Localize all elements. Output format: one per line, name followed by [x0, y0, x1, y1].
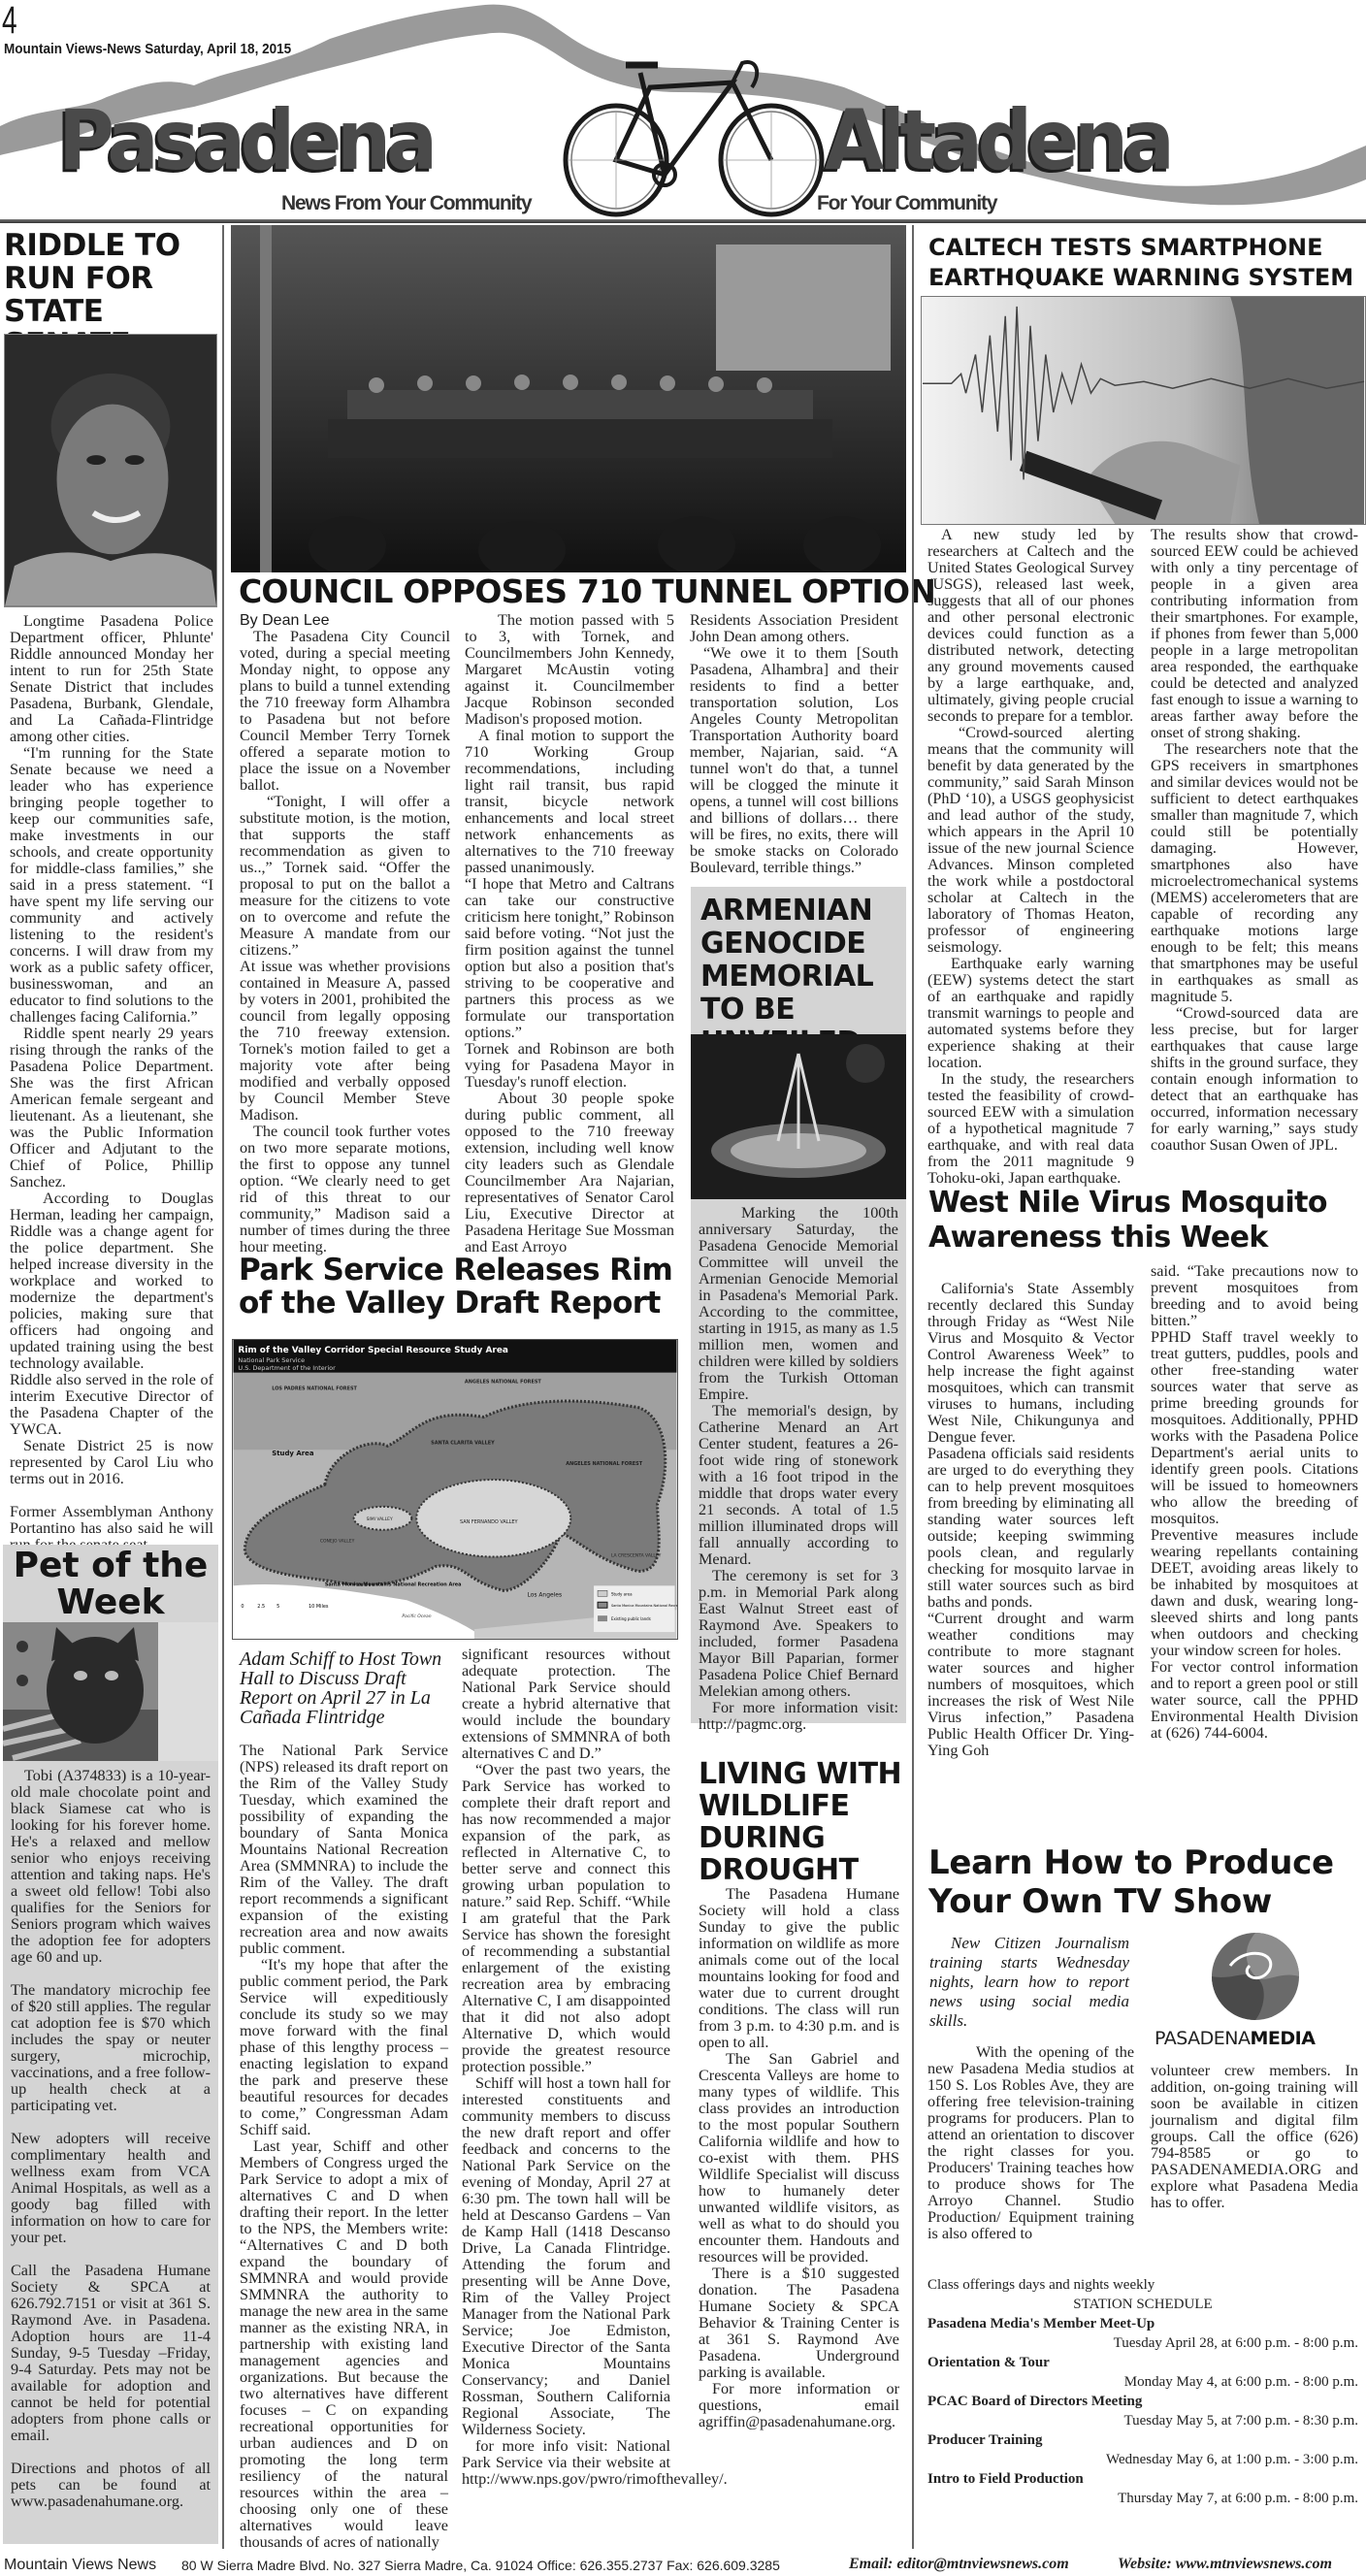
article-deck: New Citizen Journalism training starts W…: [929, 1934, 1129, 2031]
paragraph: PPHD Staff travel weekly to treat gutter…: [1151, 1329, 1358, 1527]
schedule-item-time: Thursday May 7, at 6:00 p.m. - 8:00 p.m.: [927, 2489, 1358, 2508]
paragraph: Riddle spent nearly 29 years rising thro…: [10, 1026, 213, 1190]
map-scale: 0: [241, 1604, 244, 1610]
map-scale: 2.5: [257, 1604, 265, 1610]
column-divider: [912, 225, 914, 2549]
paragraph: For more information or questions, email…: [699, 2381, 899, 2430]
station-schedule: Class offerings days and nights weekly S…: [927, 2275, 1358, 2508]
paragraph: Earthquake early warning (EEW) systems d…: [927, 956, 1134, 1071]
smartphone-seismograph-photo: [921, 296, 1366, 525]
schedule-item: PCAC Board of Directors Meeting Tuesday …: [927, 2392, 1358, 2430]
article-body-col1: The National Park Service (NPS) released…: [240, 1743, 448, 2551]
footer-paper-name: Mountain Views News: [4, 2557, 156, 2574]
map-scale: 10 Miles: [309, 1604, 329, 1610]
paragraph: Call the Pasadena Humane Society & SPCA …: [11, 2263, 211, 2444]
article-headline: LIVING WITH WILDLIFE DURING DROUGHT: [699, 1758, 902, 1886]
paragraph: There is a $10 suggested donation. The P…: [699, 2266, 899, 2381]
article-body-col2: significant resources without adequate p…: [462, 1647, 670, 2488]
paragraph: The results show that crowd-sourced EEW …: [1151, 527, 1358, 741]
page-footer: Mountain Views News 80 W Sierra Madre Bl…: [0, 2556, 1366, 2576]
paragraph: Marking the 100th anniversary Saturday, …: [699, 1205, 898, 1403]
council-meeting-photo: [231, 225, 906, 572]
map-legend-item: Santa Monica Mountains National Recreati…: [611, 1604, 677, 1608]
paragraph: The Pasadena City Council voted, during …: [240, 629, 450, 794]
class-note: Class offerings days and nights weekly: [927, 2275, 1358, 2295]
paragraph: significant resources without adequate p…: [462, 1647, 670, 1762]
masthead-tagline-left: News From Your Community: [281, 192, 531, 215]
map-label: Los Angeles: [528, 1591, 563, 1598]
map-label: Santa Monica Mountains National Recreati…: [325, 1581, 462, 1587]
article-body: The Pasadena Humane Society will hold a …: [699, 1886, 899, 2430]
paragraph: With the opening of the new Pasadena Med…: [927, 2044, 1134, 2242]
article-headline: Learn How to Produce Your Own TV Show: [928, 1843, 1360, 1921]
paragraph: About 30 people spoke during public comm…: [465, 1091, 674, 1255]
article-body-col3: Residents Association President John Dea…: [690, 612, 898, 876]
paragraph: said. “Take precautions now to prevent m…: [1151, 1263, 1358, 1329]
paragraph: Tobi (A374833) is a 10-year-old male cho…: [11, 1768, 211, 1966]
paragraph: “I'm running for the State Senate becaus…: [10, 745, 213, 1026]
pasadena-media-logo-icon: [1211, 1932, 1300, 2021]
logo-text-media: MEDIA: [1251, 2028, 1316, 2049]
paragraph: For vector control information and to re…: [1151, 1659, 1358, 1742]
paragraph: “Over the past two years, the Park Servi…: [462, 1762, 670, 2075]
paragraph: According to Douglas Herman, leading her…: [10, 1190, 213, 1372]
schedule-item-time: Monday May 4, at 6:00 p.m. - 8:00 p.m.: [927, 2372, 1358, 2392]
paragraph: “Current drought and warm weather condit…: [927, 1611, 1134, 1759]
schedule-item-time: Tuesday May 5, at 7:00 p.m. - 8:30 p.m.: [927, 2411, 1358, 2430]
article-headline: COUNCIL OPPOSES 710 TUNNEL OPTION: [239, 574, 935, 609]
paragraph: Last year, Schiff and other Members of C…: [240, 2138, 448, 2551]
paragraph: A new study led by researchers at Caltec…: [927, 527, 1134, 725]
map-label: Study Area: [272, 1450, 314, 1457]
paragraph: At issue was whether provisions containe…: [240, 959, 450, 1124]
paragraph: Preventive measures include wearing repe…: [1151, 1527, 1358, 1659]
map-label: SAN FERNANDO VALLEY: [460, 1519, 519, 1525]
article-subhead: Adam Schiff to Host Town Hall to Discuss…: [240, 1649, 448, 1727]
paragraph: The researchers note that the GPS receiv…: [1151, 741, 1358, 1005]
paragraph: “Tonight, I will offer a substitute moti…: [240, 794, 450, 959]
masthead-divider: [0, 219, 1366, 223]
paragraph: The National Park Service (NPS) released…: [240, 1743, 448, 1957]
map-subtitle: U.S. Department of the Interior: [238, 1364, 336, 1372]
map-title: Rim of the Valley Corridor Special Resou…: [238, 1346, 507, 1355]
pet-headline: Pet of the Week: [3, 1545, 218, 1621]
paragraph: “It's my hope that after the public comm…: [240, 1957, 448, 2138]
schedule-item: Orientation & Tour Monday May 4, at 6:00…: [927, 2353, 1358, 2392]
map-label: SANTA CLARITA VALLEY: [431, 1440, 495, 1446]
schedule-item-title: Intro to Field Production: [927, 2469, 1358, 2489]
page-number: 4: [2, 0, 17, 41]
paragraph: The motion passed with 5 to 3, with Torn…: [465, 612, 674, 728]
article-body: Longtime Pasadena Police Department offi…: [10, 613, 213, 1553]
paragraph: The San Gabriel and Crescenta Valleys ar…: [699, 2051, 899, 2266]
paragraph: Residents Association President John Dea…: [690, 612, 898, 645]
schedule-item: Intro to Field Production Thursday May 7…: [927, 2469, 1358, 2508]
map-subtitle: National Park Service: [238, 1356, 305, 1364]
map-legend-item: Existing public lands: [611, 1616, 651, 1621]
paragraph: For more information visit: http://pagmc…: [699, 1700, 898, 1733]
article-body-col1: With the opening of the new Pasadena Med…: [927, 2044, 1134, 2242]
map-legend-item: Study area: [611, 1591, 633, 1596]
paragraph: The memorial's design, by Catherine Mena…: [699, 1403, 898, 1568]
paragraph: Longtime Pasadena Police Department offi…: [10, 613, 213, 745]
paragraph: The ceremony is set for 3 p.m. in Memori…: [699, 1568, 898, 1700]
masthead-title-left: Pasadena: [58, 97, 433, 184]
paragraph: for more info visit: National Park Servi…: [462, 2438, 670, 2488]
map-scale: 5: [276, 1604, 279, 1610]
schedule-item-time: Tuesday April 28, at 6:00 p.m. - 8:00 p.…: [927, 2333, 1358, 2353]
rim-of-valley-map: Rim of the Valley Corridor Special Resou…: [232, 1339, 678, 1640]
logo-text-pasadena: PASADENA: [1155, 2028, 1251, 2049]
footer-address: 80 W Sierra Madre Blvd. No. 327 Sierra M…: [181, 2558, 780, 2573]
article-body-col1: The Pasadena City Council voted, during …: [240, 629, 450, 1255]
map-label: LOS PADRES NATIONAL FOREST: [272, 1386, 357, 1392]
pet-body: Tobi (A374833) is a 10-year-old male cho…: [11, 1768, 211, 2510]
paragraph: In the study, the researchers tested the…: [927, 1071, 1134, 1187]
schedule-item-title: PCAC Board of Directors Meeting: [927, 2392, 1358, 2411]
article-body-col2: said. “Take precautions now to prevent m…: [1151, 1263, 1358, 1742]
paragraph: “Crowd-sourced alerting means that the c…: [927, 725, 1134, 956]
footer-website-link[interactable]: Website: www.mtnviewsnews.com: [1118, 2556, 1332, 2573]
paragraph: The Pasadena Humane Society will hold a …: [699, 1886, 899, 2051]
memorial-photo: [691, 1034, 906, 1199]
paragraph: A final motion to support the 710 Workin…: [465, 728, 674, 876]
schedule-item: Producer Training Wednesday May 6, at 1:…: [927, 2430, 1358, 2469]
paragraph: The council took further votes on two mo…: [240, 1124, 450, 1255]
pet-of-the-week-box: Pet of the Week Tobi (A374833) is a 10-y…: [3, 1545, 218, 2544]
dateline: Mountain Views-News Saturday, April 18, …: [4, 41, 291, 57]
paragraph: volunteer crew members. In addition, on-…: [1151, 2063, 1358, 2211]
paragraph: The mandatory microchip fee of $20 still…: [11, 1982, 211, 2114]
map-label: LA CRESCENTA VALLEY: [611, 1553, 662, 1559]
paragraph: “Crowd-sourced data are less precise, bu…: [1151, 1005, 1358, 1154]
riddle-portrait-photo: [4, 334, 217, 607]
paragraph: California's State Assembly recently dec…: [927, 1281, 1134, 1446]
paragraph: Schiff will host a town hall for interes…: [462, 2075, 670, 2438]
article-headline: West Nile Virus Mosquito Awareness this …: [928, 1186, 1360, 1255]
paragraph: Tornek and Robinson are both vying for P…: [465, 1041, 674, 1091]
map-label: SIMI VALLEY: [367, 1516, 393, 1522]
schedule-item-title: Producer Training: [927, 2430, 1358, 2450]
footer-email-link[interactable]: Email: editor@mtnviewsnews.com: [849, 2556, 1069, 2573]
bicycle-icon: [553, 53, 834, 218]
column-divider: [222, 225, 224, 2549]
masthead-title-right: Altadena: [825, 97, 1169, 184]
schedule-item: Pasadena Media's Member Meet-Up Tuesday …: [927, 2314, 1358, 2353]
pet-cat-photo: [3, 1622, 218, 1761]
article-headline: Park Service Releases Rim of the Valley …: [239, 1254, 685, 1320]
armenian-body: Marking the 100th anniversary Saturday, …: [699, 1205, 898, 1733]
paragraph: “We owe it to them [South Pasadena, Alha…: [690, 645, 898, 876]
paragraph: New adopters will receive complimentary …: [11, 2131, 211, 2246]
article-body-col2: The motion passed with 5 to 3, with Torn…: [465, 612, 674, 1255]
paragraph: “I hope that Metro and Caltrans can take…: [465, 876, 674, 1041]
article-body-col2: volunteer crew members. In addition, on-…: [1151, 2063, 1358, 2211]
schedule-item-title: Pasadena Media's Member Meet-Up: [927, 2314, 1358, 2333]
map-label: Pacific Ocean: [402, 1614, 431, 1619]
schedule-item-time: Wednesday May 6, at 1:00 p.m. - 3:00 p.m…: [927, 2450, 1358, 2469]
paragraph: Pasadena officials said residents are ur…: [927, 1446, 1134, 1611]
schedule-title: STATION SCHEDULE: [927, 2295, 1358, 2314]
article-body-col1: A new study led by researchers at Caltec…: [927, 527, 1134, 1187]
schedule-item-title: Orientation & Tour: [927, 2353, 1358, 2372]
pasadena-media-logo: PASADENAMEDIA: [1155, 1929, 1360, 2050]
paragraph: Senate District 25 is now represented by…: [10, 1438, 213, 1487]
article-body-col2: The results show that crowd-sourced EEW …: [1151, 527, 1358, 1154]
paragraph: Riddle also served in the role of interi…: [10, 1372, 213, 1438]
map-label: CONEJO VALLEY: [320, 1539, 355, 1545]
article-headline: CALTECH TESTS SMARTPHONE EARTHQUAKE WARN…: [928, 233, 1360, 293]
map-label: ANGELES NATIONAL FOREST: [566, 1461, 643, 1467]
article-body-col1: California's State Assembly recently dec…: [927, 1281, 1134, 1759]
map-label: ANGELES NATIONAL FOREST: [465, 1380, 542, 1386]
masthead-tagline-right: For Your Community: [817, 192, 996, 215]
paragraph: Directions and photos of all pets can be…: [11, 2461, 211, 2510]
armenian-memorial-box: ARMENIAN GENOCIDE MEMORIAL TO BE UNVEILE…: [691, 887, 906, 1723]
